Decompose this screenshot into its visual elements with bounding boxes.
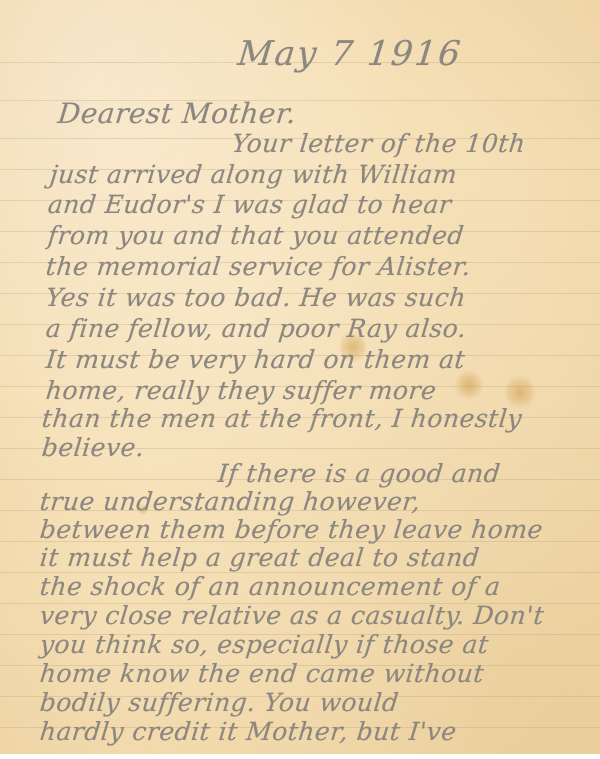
letter-line: Yes it was too bad. He was such <box>44 283 467 312</box>
letter-page: May 7 1916 Dearest Mother. Your letter o… <box>0 0 600 754</box>
letter-line: the memorial service for Alister. <box>44 252 472 281</box>
letter-line: you think so, especially if those at <box>38 630 490 659</box>
water-stain <box>455 370 483 400</box>
letter-line: than the men at the front, I honestly <box>40 404 523 433</box>
letter-line: very close relative as a casualty. Don't <box>38 601 545 630</box>
scan-edge <box>0 754 600 759</box>
letter-line: home know the end came without <box>38 659 485 688</box>
letter-line: just arrived along with William <box>48 160 458 189</box>
letter-line: bodily suffering. You would <box>38 688 400 717</box>
letter-line: It must be very hard on them at <box>44 345 466 374</box>
letter-line: the shock of an announcement of a <box>38 572 502 601</box>
letter-line: between them before they leave home <box>38 515 544 544</box>
letter-line: a fine fellow, and poor Ray also. <box>44 314 468 343</box>
letter-date: May 7 1916 <box>236 34 464 74</box>
letter-line: hardly credit it Mother, but I've <box>38 717 458 746</box>
letter-line: true understanding however, <box>38 487 422 516</box>
letter-salutation: Dearest Mother. <box>56 97 298 130</box>
letter-line: it must help a great deal to stand <box>38 543 481 572</box>
letter-line: believe. <box>40 433 146 462</box>
letter-line: and Eudor's I was glad to hear <box>46 190 453 219</box>
letter-line: Your letter of the 10th <box>230 129 527 158</box>
letter-line: home, really they suffer more <box>44 376 437 405</box>
letter-line: from you and that you attended <box>46 221 465 250</box>
letter-line: If there is a good and <box>216 459 501 488</box>
